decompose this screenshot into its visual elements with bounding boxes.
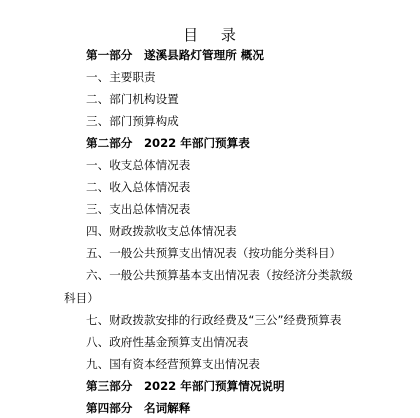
- toc-item: 二、收入总体情况表: [86, 176, 190, 198]
- toc-part-4: 第四部分 名词解释: [86, 397, 190, 418]
- toc-item: 四、财政拨款收支总体情况表: [86, 220, 237, 242]
- toc-item: 五、一般公共预算支出情况表（按功能分类科目）: [86, 242, 341, 264]
- toc-item: 九、国有资本经营预算支出情况表: [86, 353, 260, 375]
- toc-item: 一、收支总体情况表: [86, 154, 190, 176]
- toc-title: 目 录: [0, 24, 420, 45]
- toc-item: 六、一般公共预算基本支出情况表（按经济分类款级科目）: [64, 264, 364, 309]
- toc-item: 二、部门机构设置: [86, 88, 179, 110]
- toc-item: 八、政府性基金预算支出情况表: [86, 331, 248, 353]
- toc-part-1: 第一部分 遂溪县路灯管理所 概况: [86, 44, 264, 66]
- toc-item: 一、主要职责: [86, 66, 156, 88]
- toc-item: 三、部门预算构成: [86, 110, 179, 132]
- toc-part-2: 第二部分 2022 年部门预算表: [86, 132, 250, 154]
- toc-item: 七、财政拨款安排的行政经费及“三公”经费预算表: [86, 309, 341, 331]
- toc-part-3: 第三部分 2022 年部门预算情况说明: [86, 375, 285, 397]
- toc-item: 三、支出总体情况表: [86, 198, 190, 220]
